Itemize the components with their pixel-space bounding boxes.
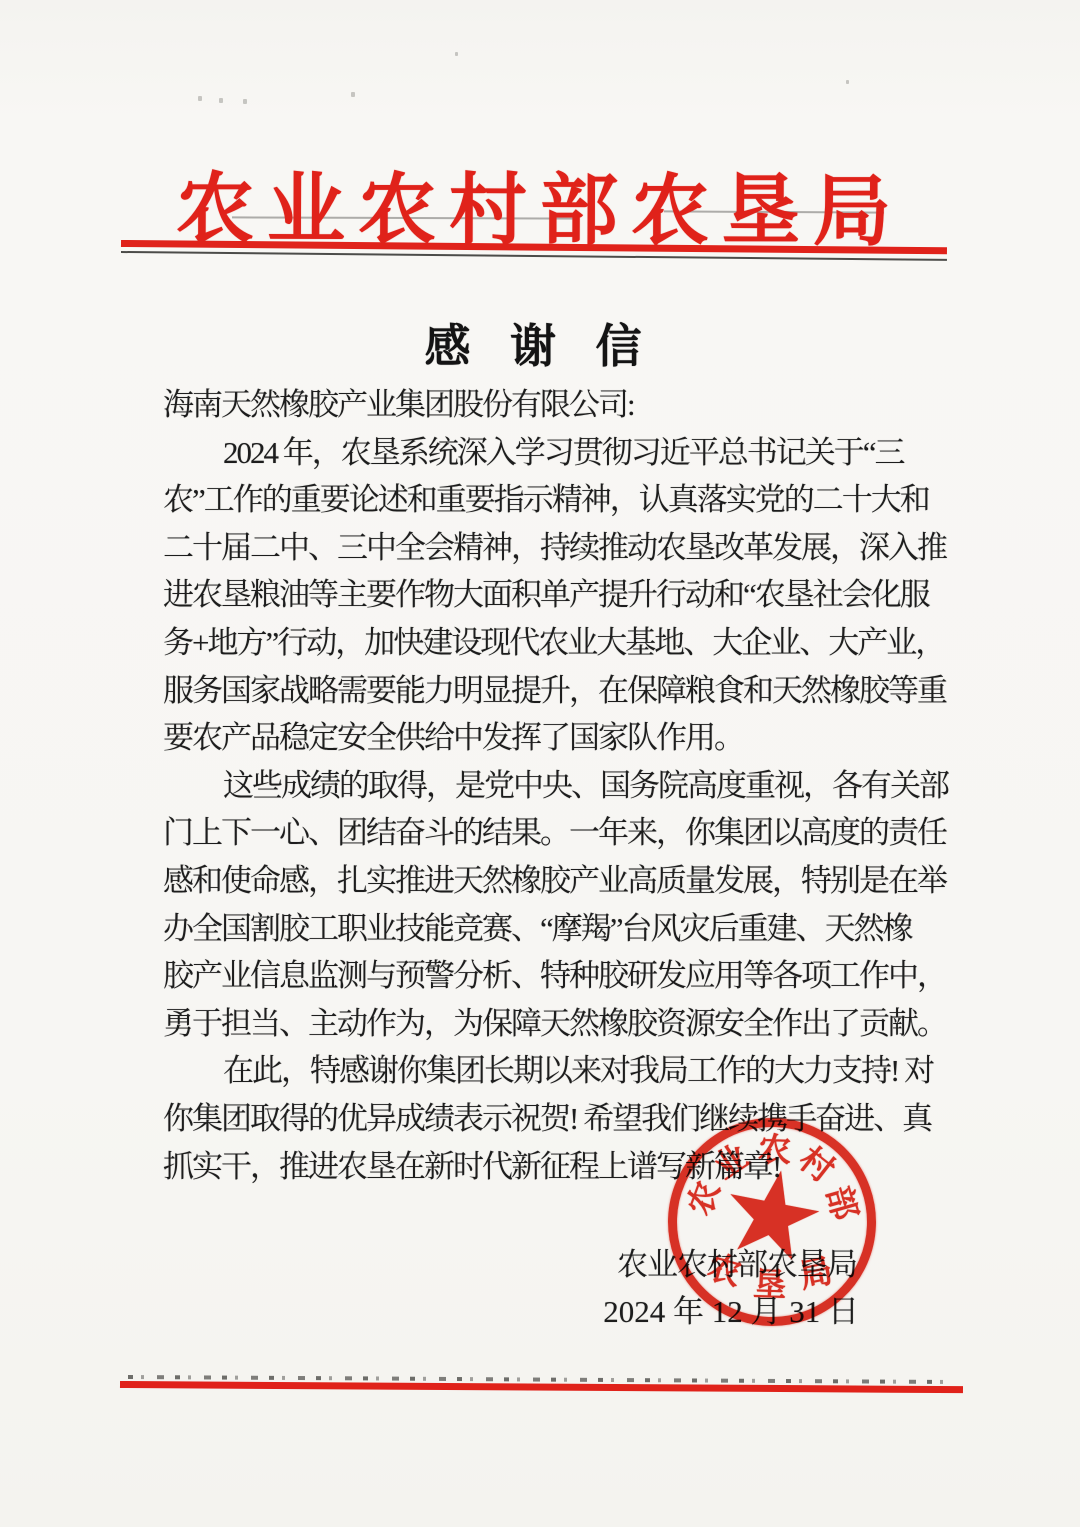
body-line: 勇于担当、主动作为，为保障天然橡胶资源安全作出了贡献。 <box>163 1000 963 1048</box>
scan-speck <box>198 96 202 101</box>
body-line: 胶产业信息监测与预警分析、特种胶研发应用等各项工作中， <box>163 952 963 1000</box>
letter-title: 感 谢 信 <box>0 310 1080 376</box>
body-line: 务+地方”行动，加快建设现代农业大基地、大企业、大产业， <box>163 619 963 667</box>
scan-speck <box>243 99 247 104</box>
seal-char: 垦 <box>751 1267 788 1304</box>
scan-speck <box>219 98 223 103</box>
paragraph-1: 2024 年，农垦系统深入学习贯彻习近平总书记关于“三 农”工作的重要论述和重要… <box>163 429 963 762</box>
body-line: 服务国家战略需要能力明显提升，在保障粮食和天然橡胶等重 <box>163 667 963 715</box>
scan-speck <box>846 80 849 84</box>
salutation: 海南天然橡胶产业集团股份有限公司: <box>163 381 963 429</box>
body-line: 农”工作的重要论述和重要指示精神，认真落实党的二十大和 <box>163 476 963 524</box>
body-line: 二十届二中、三中全会精神，持续推动农垦改革发展，深入推 <box>163 524 963 572</box>
official-seal: ★ 农 业 农 村 部 农 垦 局 <box>664 1114 879 1329</box>
body-line: 门上下一心、团结奋斗的结果。一年来，你集团以高度的责任 <box>163 809 963 857</box>
body-line: 办全国割胶工职业技能竞赛、“摩羯”台风灾后重建、天然橡 <box>163 905 963 953</box>
body-line: 进农垦粮油等主要作物大面积单产提升行动和“农垦社会化服 <box>163 571 963 619</box>
body-line: 这些成绩的取得，是党中央、国务院高度重视，各有关部 <box>163 762 963 810</box>
letter-page: 农业农村部农垦局 感 谢 信 海南天然橡胶产业集团股份有限公司: 2024 年，… <box>0 0 1080 1527</box>
body-line: 感和使命感，扎实推进天然橡胶产业高质量发展，特别是在举 <box>163 857 963 905</box>
paragraph-2: 这些成绩的取得，是党中央、国务院高度重视，各有关部 门上下一心、团结奋斗的结果。… <box>163 762 963 1048</box>
body-line: 要农产品稳定安全供给中发挥了国家队作用。 <box>163 714 963 762</box>
letter-body: 海南天然橡胶产业集团股份有限公司: 2024 年，农垦系统深入学习贯彻习近平总书… <box>163 381 963 1190</box>
seal-char: 局 <box>795 1253 838 1296</box>
scan-speck <box>351 92 355 97</box>
body-line: 在此，特感谢你集团长期以来对我局工作的大力支持! 对 <box>163 1047 963 1095</box>
body-line: 2024 年，农垦系统深入学习贯彻习近平总书记关于“三 <box>163 429 963 477</box>
scan-speck <box>455 52 458 56</box>
seal-char: 农 <box>756 1132 793 1169</box>
